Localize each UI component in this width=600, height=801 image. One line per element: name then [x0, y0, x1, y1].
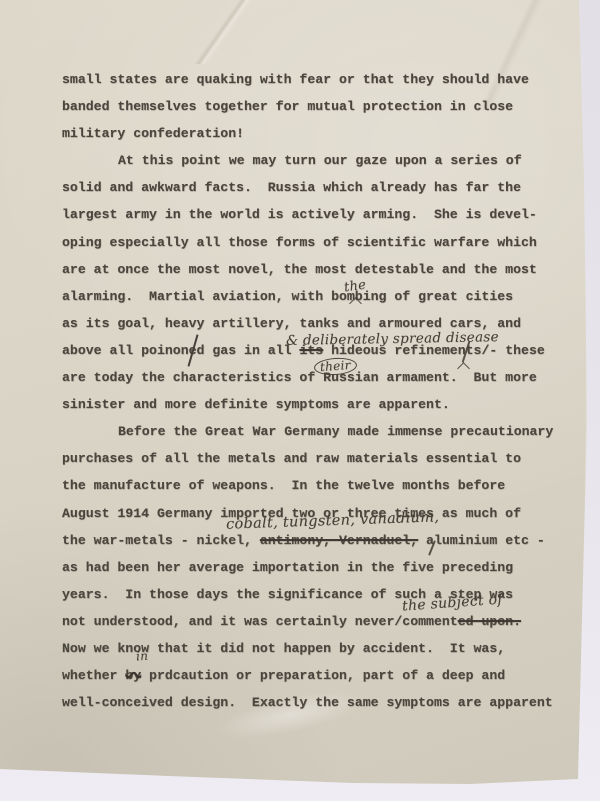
typed-segment: comment [402, 614, 457, 629]
typed-segment: above all poinon [62, 343, 189, 358]
typed-line: years. In those days the significance of… [62, 581, 582, 608]
typed-segment: the manufacture of weapons. In the twelv… [62, 478, 505, 493]
handwritten-annotation: in [136, 649, 149, 664]
typed-line: banded themselves together for mutual pr… [62, 93, 582, 120]
typed-segment: well-conceived design. Exactly the same … [62, 695, 553, 710]
typed-line: are at once the most novel, the most det… [62, 256, 582, 283]
typed-segment: are at once the most novel, the most det… [62, 262, 537, 277]
typed-line: the manufacture of weapons. In the twelv… [62, 472, 582, 499]
typed-segment-scribble: by [125, 668, 141, 683]
typed-segment: purchases of all the metals and raw mate… [62, 451, 521, 466]
typed-line: whether by prdcaution or preparation, pa… [62, 662, 582, 689]
typed-line: not understood, and it was certainly nev… [62, 608, 582, 635]
typed-line: well-conceived design. Exactly the same … [62, 689, 582, 716]
typed-line: the war-metals - nickel, antimony, Verna… [62, 527, 582, 554]
typed-segment: solid and awkward facts. Russia which al… [62, 180, 521, 195]
typed-segment: largest army in the world is actively ar… [62, 207, 537, 222]
typed-segment: as had been her average importation in t… [62, 560, 513, 575]
paper-edge-highlight [582, 0, 595, 790]
typed-line: sinister and more definite symptoms are … [62, 391, 582, 418]
manuscript-page: small states are quaking with fear or th… [0, 0, 600, 801]
typed-line: Before the Great War Germany made immens… [62, 418, 582, 445]
typed-line: alarming. Martial aviation, with bombing… [62, 283, 582, 310]
typed-line: military confederation! [62, 120, 582, 147]
typed-segment: not understood, and it was certainly nev… [62, 614, 402, 629]
typed-segment-slash: e [189, 337, 197, 364]
typed-segment: banded themselves together for mutual pr… [62, 99, 513, 114]
paper-crease [188, 0, 258, 64]
typed-segment: whether [62, 668, 125, 683]
typed-segment: military confederation! [62, 126, 244, 141]
typed-segment-strike: antimony, Vernaduel, [260, 533, 418, 548]
typed-line: largest army in the world is actively ar… [62, 201, 582, 228]
typed-segment: oping especially all those forms of scie… [62, 235, 537, 250]
typed-segment: small states are quaking with fear or th… [62, 72, 529, 87]
typed-line: solid and awkward facts. Russia which al… [62, 174, 582, 201]
typed-segment: Before the Great War Germany made immens… [118, 424, 553, 439]
typed-line: small states are quaking with fear or th… [62, 66, 582, 93]
typed-line: as had been her average importation in t… [62, 554, 582, 581]
typed-segment: d gas in all [197, 343, 300, 358]
typed-segment: At this point we may turn our gaze upon … [118, 153, 522, 168]
typed-segment: Now we know that it did not happen by ac… [62, 641, 505, 656]
typewritten-text-block: small states are quaking with fear or th… [62, 66, 582, 716]
typed-segment: the war-metals - nickel, [62, 533, 260, 548]
typed-segment: prdcaution or preparation, part of a dee… [141, 668, 505, 683]
handwritten-annotation: the [343, 278, 367, 296]
typed-segment: aluminium etc - [418, 533, 545, 548]
typed-segment: as its goal, heavy artillery, tanks and … [62, 316, 521, 331]
typed-line: oping especially all those forms of scie… [62, 229, 582, 256]
typed-line: At this point we may turn our gaze upon … [62, 147, 582, 174]
typed-segment-strike: ed upon. [458, 614, 521, 629]
typed-segment: alarming. Martial aviation, with bombing… [62, 289, 513, 304]
typed-line: purchases of all the metals and raw mate… [62, 445, 582, 472]
typed-segment: sinister and more definite symptoms are … [62, 397, 450, 412]
